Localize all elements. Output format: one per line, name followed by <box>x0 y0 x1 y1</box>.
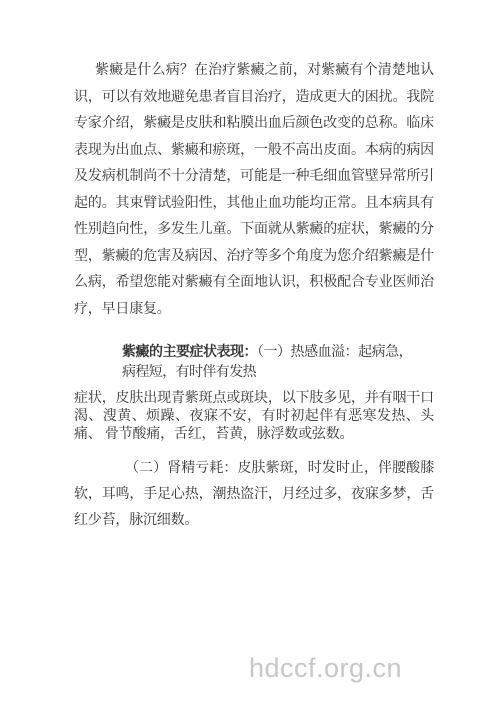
symptom-paragraph-2: （二）肾精亏耗：皮肤紫斑，时发时止，伴腰酸膝软，耳鸣，手足心热，潮热盗汗，月经过… <box>74 456 434 534</box>
site-watermark: hdccf.org.cn <box>249 653 402 684</box>
document-page: { "page": { "background_color": "#ffffff… <box>0 0 500 707</box>
symptoms-heading-label: 紫癜的主要症状表现： <box>122 345 257 360</box>
document-body: 紫癜是什么病？在治疗紫癜之前，对紫癜有个清楚地认识，可以有效地避免患者盲目治疗，… <box>74 58 434 534</box>
symptom-paragraph-1: 症状，皮肤出现青紫斑点或斑块，以下肢多见，并有咽干口渴、溲黄、烦躁、夜寐不安，有… <box>74 390 434 444</box>
symptoms-heading: 紫癜的主要症状表现：（一）热感血溢：起病急，病程短，有时伴有发热 <box>122 343 412 383</box>
intro-paragraph: 紫癜是什么病？在治疗紫癜之前，对紫癜有个清楚地认识，可以有效地避免患者盲目治疗，… <box>74 58 434 323</box>
